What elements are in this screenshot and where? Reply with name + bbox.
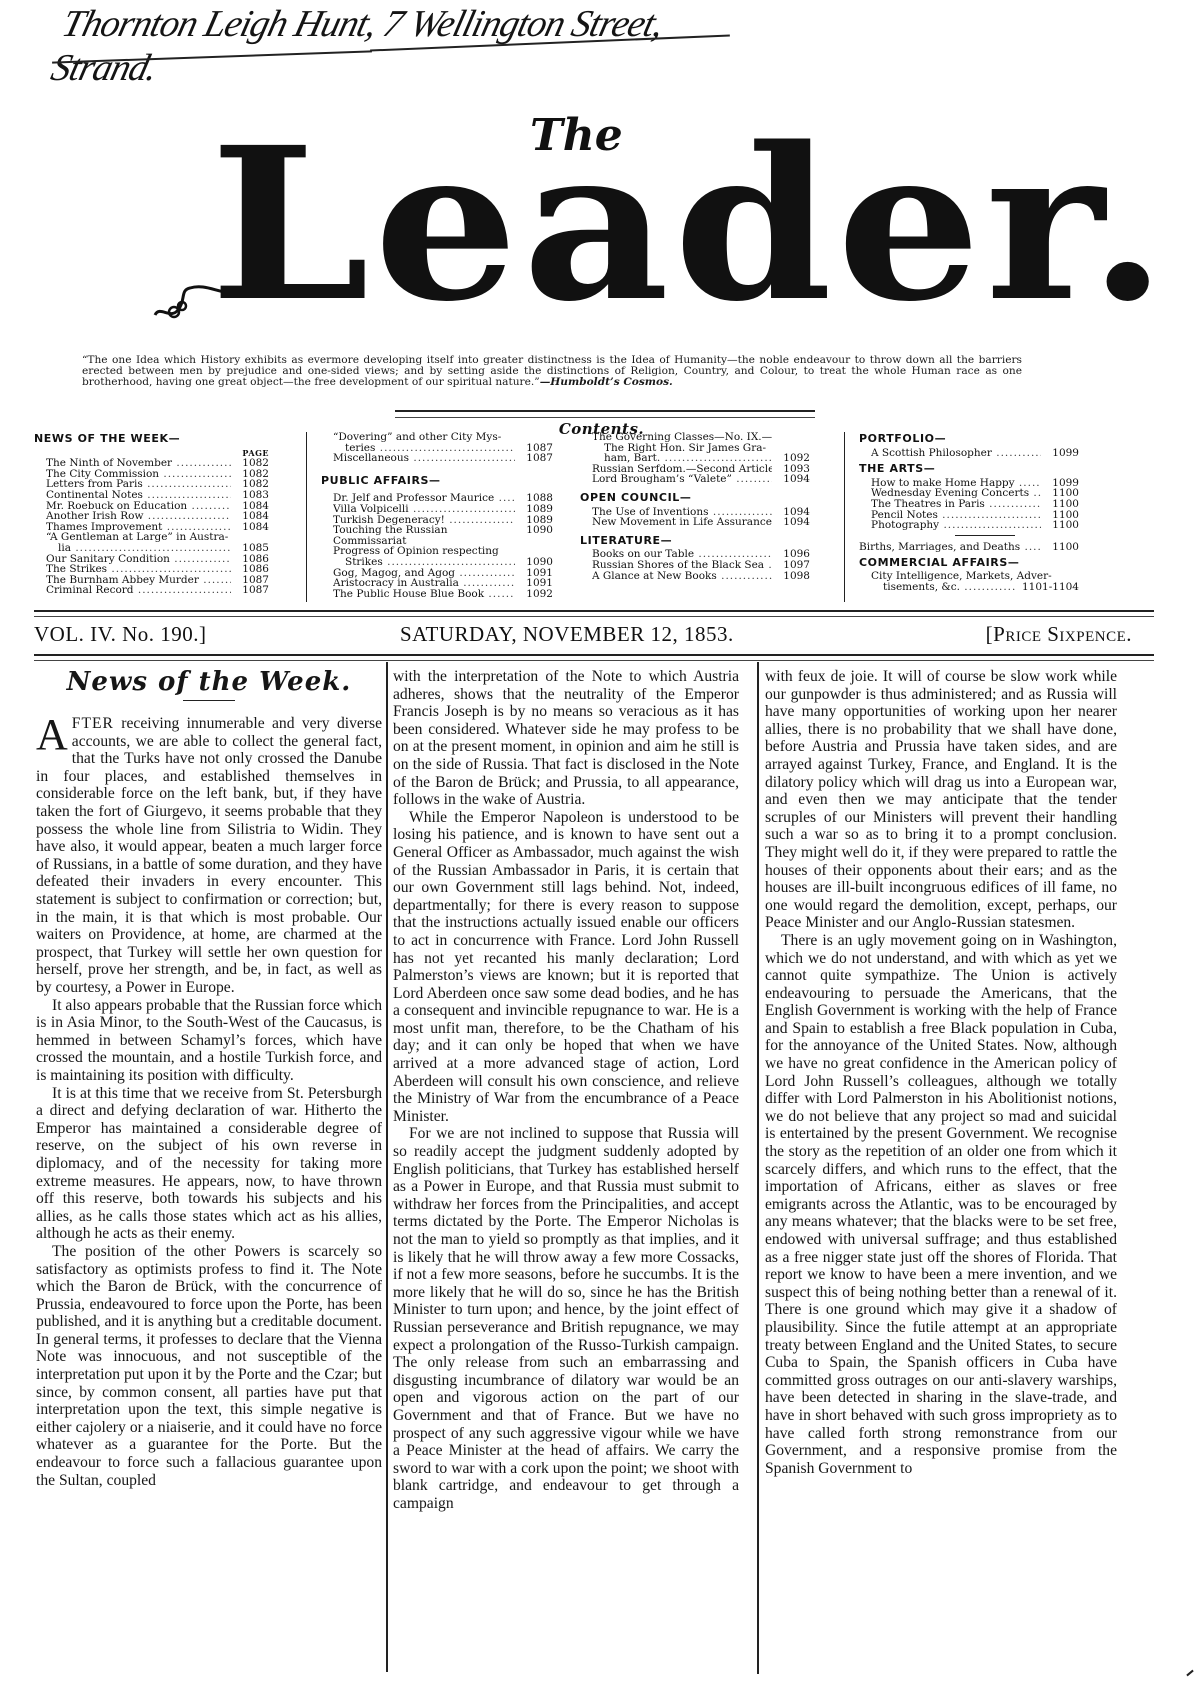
toc-entry-title: A Scottish Philosopher — [871, 448, 1041, 459]
toc-entry-title: Books on our Table — [592, 549, 772, 560]
toc-entry[interactable]: Aristocracy in Australia1091 — [321, 578, 553, 589]
toc-entry-title: Touching the Russian Commissariat — [333, 525, 515, 546]
article-column-3: with feux de joie. It will of course be … — [765, 668, 1117, 1477]
toc-entry[interactable]: Turkish Degeneracy!1089 — [321, 515, 553, 526]
divider-rule — [183, 700, 235, 702]
toc-entry[interactable]: A Glance at New Books1098 — [580, 571, 810, 582]
toc-entry-title: The Burnham Abbey Murder — [46, 575, 231, 586]
toc-entry-title: Thames Improvement — [46, 522, 231, 533]
article-paragraph: It is at this time that we receive from … — [36, 1085, 382, 1243]
masthead-title: Leader. — [210, 120, 1171, 330]
toc-entry-title: Wednesday Evening Concerts — [871, 488, 1041, 499]
toc-entry[interactable]: The Strikes1086 — [34, 564, 269, 575]
toc-entry[interactable]: Touching the Russian Commissariat1090 — [321, 525, 553, 546]
issue-date: SATURDAY, NOVEMBER 12, 1853. — [400, 622, 734, 647]
toc-section-heading: LITERATURE— — [580, 536, 810, 547]
toc-entry-continued[interactable]: tisements, &c.1101-1104 — [859, 582, 1079, 593]
toc-entry[interactable]: Pencil Notes1100 — [859, 510, 1079, 521]
toc-entry-page: 1098 — [776, 571, 810, 582]
toc-entry-page: 1085 — [235, 543, 269, 554]
toc-entry-title: The Ninth of November — [46, 458, 231, 469]
toc-entry[interactable]: Miscellaneous1087 — [321, 453, 553, 464]
toc-entry-page: 1084 — [235, 522, 269, 533]
toc-column: PORTFOLIO— A Scottish Philosopher1099 TH… — [844, 432, 1079, 602]
toc-entry[interactable]: “A Gentleman at Large” in Austra- — [34, 532, 269, 543]
column-divider — [386, 662, 388, 1672]
toc-entry[interactable]: The Theatres in Paris1100 — [859, 499, 1079, 510]
article-paragraph: While the Emperor Napoleon is understood… — [393, 809, 739, 1126]
toc-entry[interactable]: Letters from Paris1082 — [34, 479, 269, 490]
toc-entry-page: 1094 — [776, 474, 810, 485]
article-paragraph: For we are not inclined to suppose that … — [393, 1125, 739, 1512]
toc-entry-title: The City Commission — [46, 469, 231, 480]
toc-entry[interactable]: The Ninth of November1082 — [34, 458, 269, 469]
toc-entry[interactable]: How to make Home Happy1099 — [859, 478, 1079, 489]
toc-entry[interactable]: Russian Serfdom.—Second Article1093 — [580, 464, 810, 475]
drop-cap: A — [36, 715, 72, 753]
toc-entry[interactable]: A Scottish Philosopher1099 — [859, 448, 1079, 459]
toc-entry-title: Progress of Opinion respecting — [333, 546, 553, 557]
toc-entry[interactable]: Continental Notes1083 — [34, 490, 269, 501]
article-paragraph: The position of the other Powers is scar… — [36, 1243, 382, 1489]
article-paragraph: with the interpretation of the Note to w… — [393, 668, 739, 809]
article-column-2: with the interpretation of the Note to w… — [393, 668, 739, 1513]
toc-entry[interactable]: Progress of Opinion respecting — [321, 546, 553, 557]
toc-entry-title: The Public House Blue Book — [333, 589, 515, 600]
toc-entry-title: Russian Serfdom.—Second Article — [592, 464, 772, 475]
toc-section-heading: PUBLIC AFFAIRS— — [321, 476, 553, 487]
toc-entry[interactable]: New Movement in Life Assurance1094 — [580, 517, 810, 528]
toc-entry-page: 1100 — [1045, 520, 1079, 531]
toc-entry-page: 1094 — [776, 517, 810, 528]
toc-section-heading: THE ARTS— — [859, 464, 1079, 475]
toc-entry-title: ham, Bart. — [604, 453, 772, 464]
toc-entry-page: 1097 — [776, 560, 810, 571]
toc-entry[interactable]: Criminal Record1087 — [34, 585, 269, 596]
toc-entry-title: teries — [345, 443, 515, 454]
toc-entry-title: Russian Shores of the Black Sea — [592, 560, 772, 571]
issue-price: [Price Sixpence. — [986, 622, 1132, 647]
toc-page-label: PAGE — [34, 448, 269, 459]
toc-entry[interactable]: Our Sanitary Condition1086 — [34, 554, 269, 565]
toc-entry-title: Villa Volpicelli — [333, 504, 515, 515]
article-paragraph: It also appears probable that the Russia… — [36, 997, 382, 1085]
section-title: News of the Week. — [36, 674, 382, 692]
toc-entry[interactable]: Lord Brougham’s “Valete”1094 — [580, 474, 810, 485]
divider-rule — [34, 610, 1154, 617]
toc-entry[interactable]: The Use of Inventions1094 — [580, 507, 810, 518]
toc-entry-continued[interactable]: The Right Hon. Sir James Gra- — [580, 443, 810, 454]
table-of-contents: NEWS OF THE WEEK— PAGE The Ninth of Nove… — [34, 432, 1154, 608]
article-paragraph: with feux de joie. It will of course be … — [765, 668, 1117, 932]
toc-entry-title: Another Irish Row — [46, 511, 231, 522]
toc-entry[interactable]: City Intelligence, Markets, Adver- — [859, 571, 1079, 582]
toc-entry[interactable]: Russian Shores of the Black Sea1097 — [580, 560, 810, 571]
opening-words: FTER — [72, 715, 114, 732]
toc-entry-title: The Use of Inventions — [592, 507, 772, 518]
toc-entry-continued[interactable]: teries1087 — [321, 443, 553, 454]
toc-section-heading: NEWS OF THE WEEK— — [34, 434, 269, 445]
toc-section-heading: PORTFOLIO— — [859, 434, 1079, 445]
toc-entry-title: Pencil Notes — [871, 510, 1041, 521]
toc-entry-title: Miscellaneous — [333, 453, 515, 464]
toc-entry-title: The Strikes — [46, 564, 231, 575]
toc-entry-page: 1087 — [519, 453, 553, 464]
toc-entry[interactable]: Villa Volpicelli1089 — [321, 504, 553, 515]
toc-entry[interactable]: Gog, Magog, and Agog1091 — [321, 568, 553, 579]
toc-entry[interactable]: Wednesday Evening Concerts1100 — [859, 488, 1079, 499]
toc-entry-page: 1101-1104 — [1021, 582, 1079, 593]
toc-entry[interactable]: Dr. Jelf and Professor Maurice1088 — [321, 493, 553, 504]
toc-column: “Dovering” and other City Mys- teries108… — [306, 432, 553, 602]
toc-entry-title: Dr. Jelf and Professor Maurice — [333, 493, 515, 504]
toc-entry-title: “A Gentleman at Large” in Austra- — [46, 532, 269, 543]
toc-entry-title: Lord Brougham’s “Valete” — [592, 474, 772, 485]
toc-entry-page: 1092 — [519, 589, 553, 600]
toc-entry-page: 1083 — [235, 490, 269, 501]
volume-number: VOL. IV. No. 190.] — [34, 622, 207, 647]
dateline: VOL. IV. No. 190.] SATURDAY, NOVEMBER 12… — [34, 622, 1154, 652]
toc-entry-title: Mr. Roebuck on Education — [46, 501, 231, 512]
toc-entry-page: 1100 — [1045, 542, 1079, 553]
toc-entry[interactable]: Thames Improvement1084 — [34, 522, 269, 533]
toc-entry-title: The Governing Classes—No. IX.— — [592, 432, 810, 443]
toc-entry-title: A Glance at New Books — [592, 571, 772, 582]
article-column-1: News of the Week. AFTER receiving innume… — [36, 670, 382, 1489]
toc-entry[interactable]: The Governing Classes—No. IX.— — [580, 432, 810, 443]
epigraph: “The one Idea which History exhibits as … — [82, 355, 1022, 388]
toc-column: NEWS OF THE WEEK— PAGE The Ninth of Nove… — [34, 432, 269, 596]
toc-entry[interactable]: Another Irish Row1084 — [34, 511, 269, 522]
column-divider — [757, 662, 759, 1674]
toc-entry-title: Gog, Magog, and Agog — [333, 568, 515, 579]
toc-entry-page: 1100 — [1045, 499, 1079, 510]
toc-entry-page: 1090 — [519, 525, 553, 546]
toc-column: The Governing Classes—No. IX.— The Right… — [580, 432, 810, 581]
paragraph-text: receiving innumerable and very diverse a… — [36, 715, 382, 996]
toc-entry[interactable]: The City Commission1082 — [34, 469, 269, 480]
toc-entry-title: Letters from Paris — [46, 479, 231, 490]
toc-entry-title: Criminal Record — [46, 585, 231, 596]
toc-entry[interactable]: Books on our Table1096 — [580, 549, 810, 560]
toc-entry[interactable]: The Burnham Abbey Murder1087 — [34, 575, 269, 586]
toc-entry-title: City Intelligence, Markets, Adver- — [871, 571, 1079, 582]
masthead: The Leader. — [150, 100, 1050, 350]
toc-section-heading: OPEN COUNCIL— — [580, 493, 810, 504]
article-paragraph: AFTER receiving innumerable and very div… — [36, 715, 382, 997]
toc-entry-title: Turkish Degeneracy! — [333, 515, 515, 526]
toc-entry[interactable]: Mr. Roebuck on Education1084 — [34, 501, 269, 512]
toc-entry-title: Aristocracy in Australia — [333, 578, 515, 589]
toc-entry-title: tisements, &c. — [883, 582, 1017, 593]
toc-entry-page: 1099 — [1045, 448, 1079, 459]
toc-entry-continued[interactable]: ham, Bart.1092 — [580, 453, 810, 464]
divider-rule — [955, 535, 1015, 537]
toc-entry-page: 1089 — [519, 504, 553, 515]
toc-entry-title: Births, Marriages, and Deaths — [859, 542, 1041, 553]
toc-entry-title: The Right Hon. Sir James Gra- — [604, 443, 810, 454]
toc-entry-continued[interactable]: Strikes1090 — [321, 557, 553, 568]
toc-entry[interactable]: Photography1100 — [859, 520, 1079, 531]
toc-entry-title: How to make Home Happy — [871, 478, 1041, 489]
toc-entry-page: 1087 — [235, 585, 269, 596]
toc-entry[interactable]: Births, Marriages, and Deaths1100 — [859, 542, 1079, 553]
toc-entry-title: New Movement in Life Assurance — [592, 517, 772, 528]
toc-entry[interactable]: “Dovering” and other City Mys- — [321, 432, 553, 443]
divider-rule — [34, 654, 1154, 661]
scan-mark — [1186, 1670, 1193, 1677]
epigraph-citation: —Humboldt’s Cosmos. — [540, 376, 673, 388]
toc-entry[interactable]: The Public House Blue Book1092 — [321, 589, 553, 600]
toc-entry-title: lia — [58, 543, 231, 554]
toc-entry-title: “Dovering” and other City Mys- — [333, 432, 553, 443]
toc-entry-title: Strikes — [345, 557, 515, 568]
toc-entry-continued[interactable]: lia1085 — [34, 543, 269, 554]
toc-entry-title: The Theatres in Paris — [871, 499, 1041, 510]
toc-entry-title: Our Sanitary Condition — [46, 554, 231, 565]
toc-entry-page: 1090 — [519, 557, 553, 568]
toc-entry-title: Continental Notes — [46, 490, 231, 501]
divider-rule — [395, 410, 815, 418]
toc-section-heading: COMMERCIAL AFFAIRS— — [859, 558, 1079, 569]
article-paragraph: There is an ugly movement going on in Wa… — [765, 932, 1117, 1477]
toc-entry-title: Photography — [871, 520, 1041, 531]
